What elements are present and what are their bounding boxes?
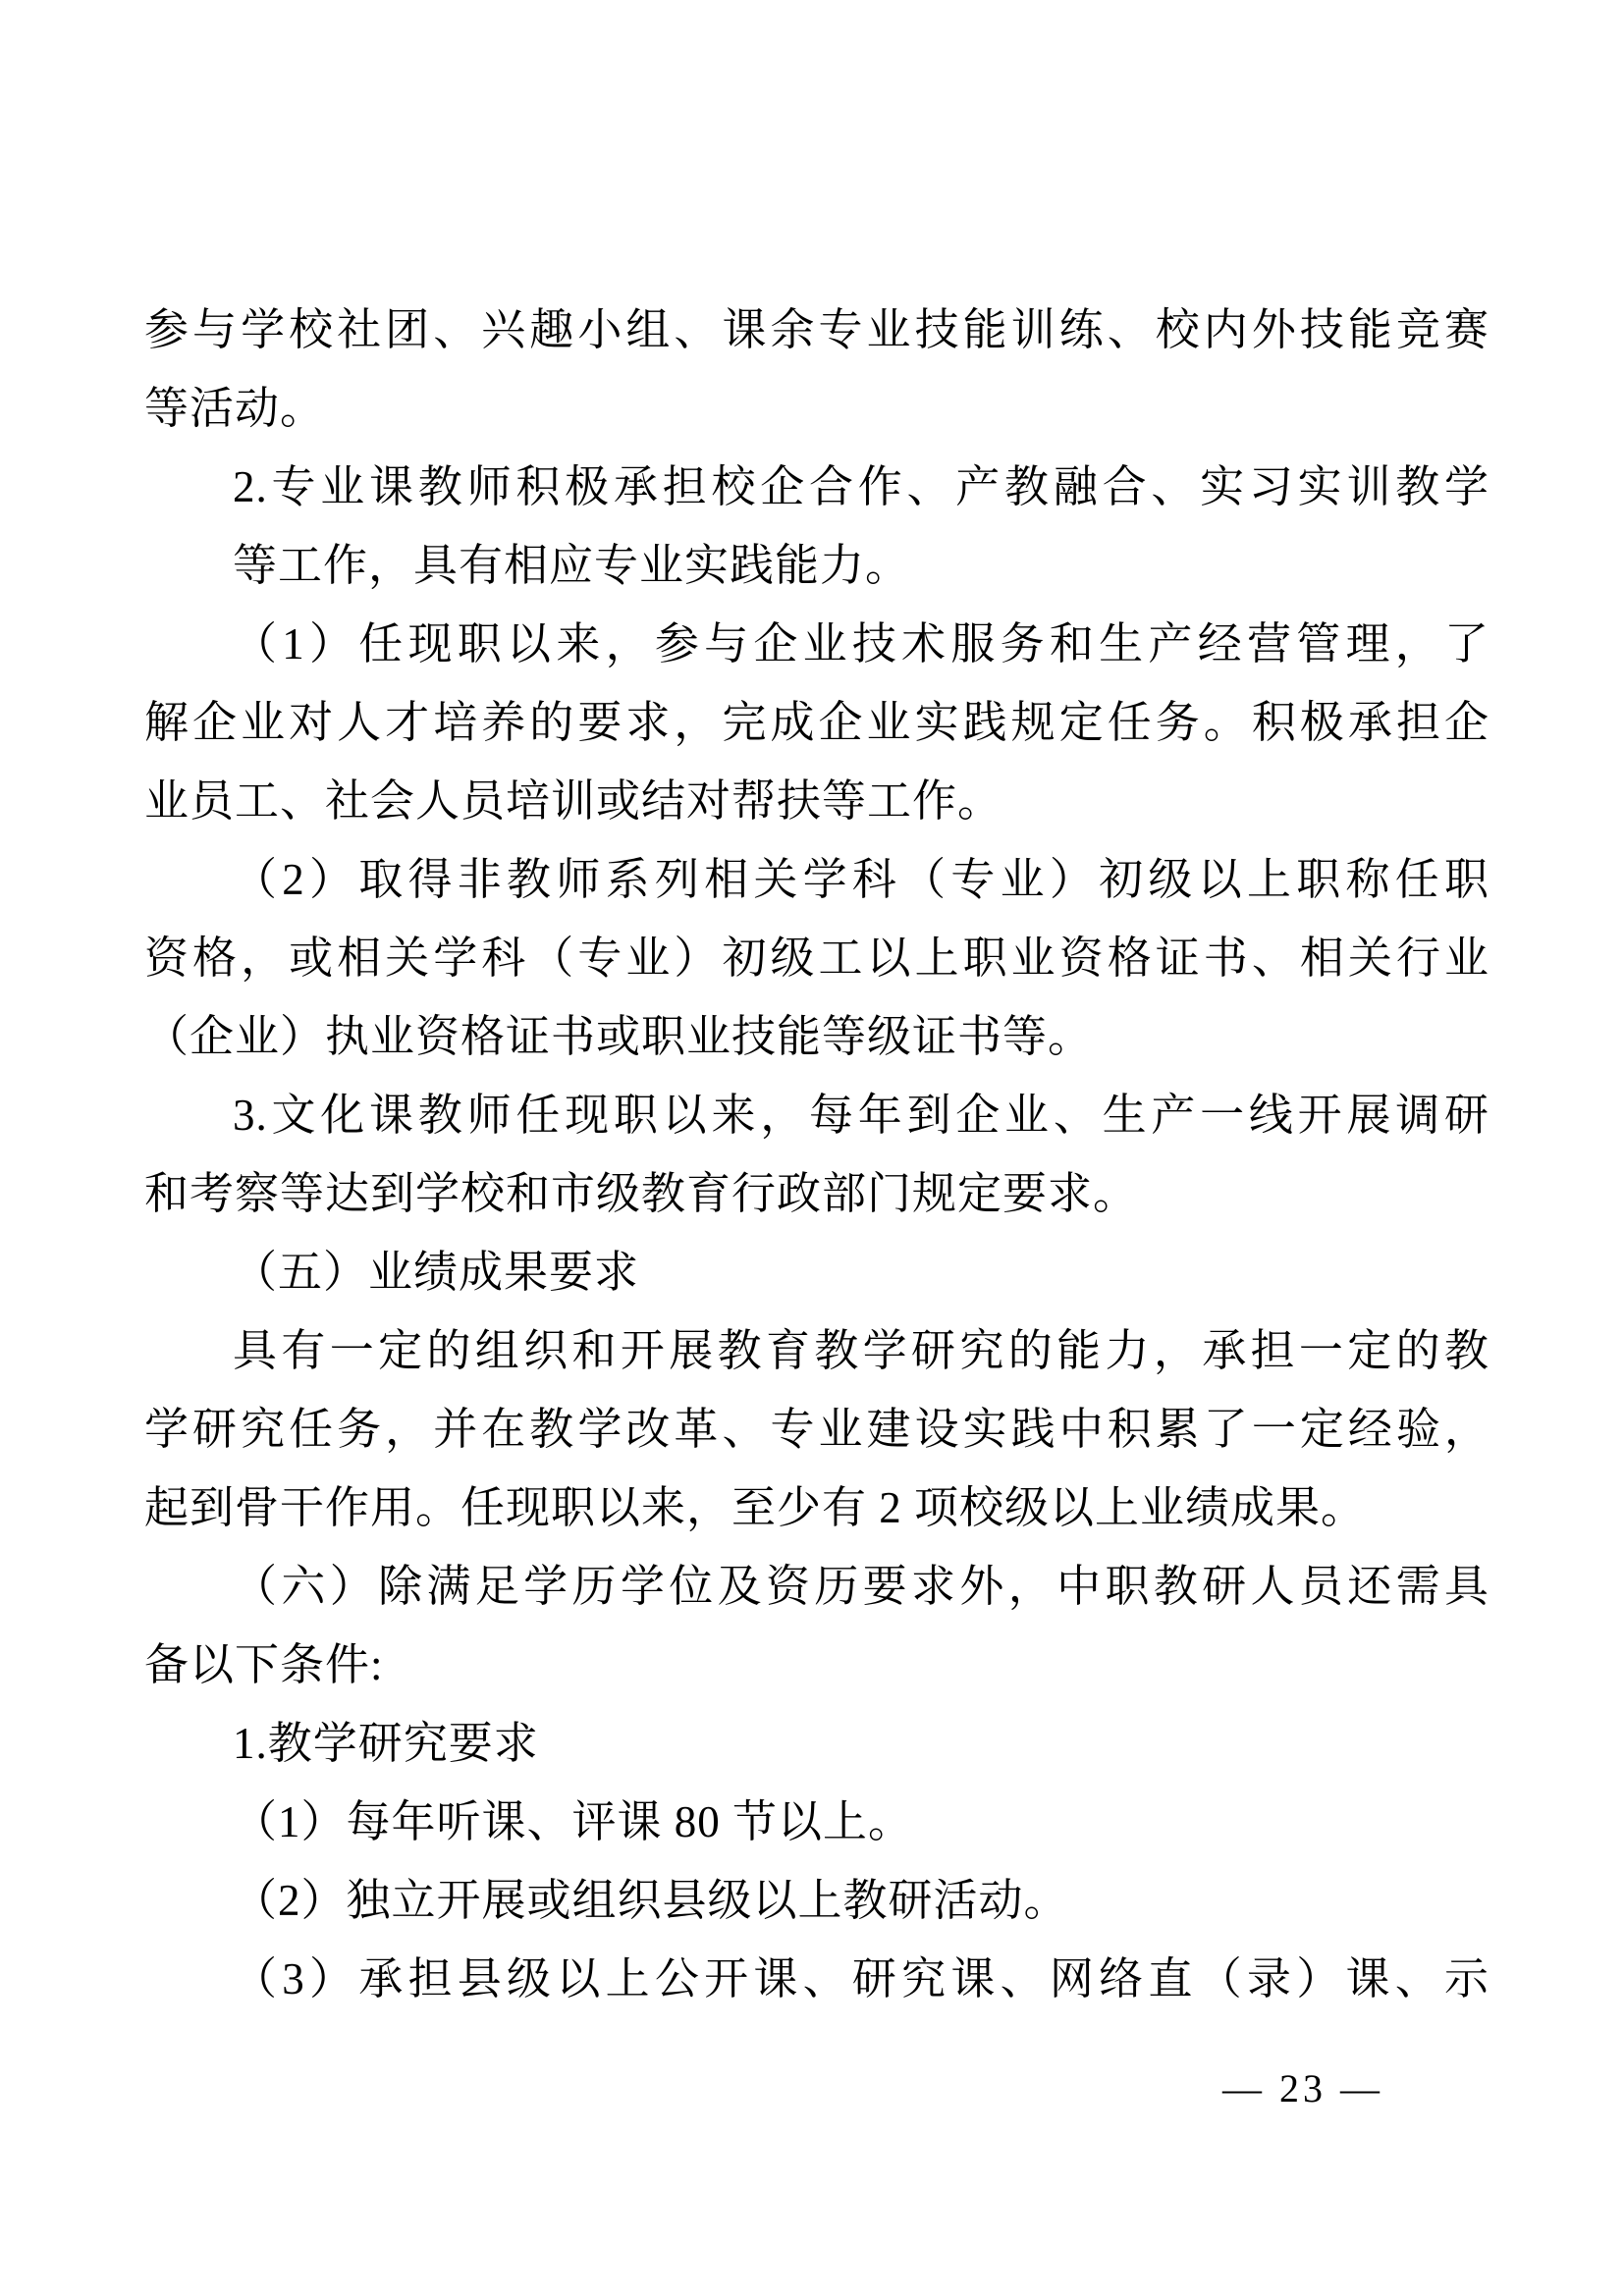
text-line: 学研究任务，并在教学改革、专业建设实践中积累了一定经验， [144,1390,1489,1468]
text-line: 等活动。 [144,369,1489,448]
page-number: — 23 — [1222,2066,1383,2110]
text-line: 2.专业课教师积极承担校企合作、产教融合、实习实训教学 [144,448,1489,526]
document-body: 参与学校社团、兴趣小组、课余专业技能训练、校内外技能竞赛 等活动。 2.专业课教… [144,291,1489,2018]
text-line: （1）任现职以来，参与企业技术服务和生产经营管理，了 [144,605,1489,683]
text-line: （企业）执业资格证书或职业技能等级证书等。 [144,997,1489,1076]
text-line: 等工作，具有相应专业实践能力。 [144,526,1489,605]
text-line: 和考察等达到学校和市级教育行政部门规定要求。 [144,1154,1489,1233]
text-line: 参与学校社团、兴趣小组、课余专业技能训练、校内外技能竞赛 [144,291,1489,369]
text-line: （六）除满足学历学位及资历要求外，中职教研人员还需具 [144,1547,1489,1626]
page-footer: — 23 — [1222,2061,1383,2116]
text-line: （1）每年听课、评课 80 节以上。 [144,1783,1489,1861]
text-line: （2）取得非教师系列相关学科（专业）初级以上职称任职 [144,840,1489,919]
text-line: 资格，或相关学科（专业）初级工以上职业资格证书、相关行业 [144,919,1489,997]
text-line: （2）独立开展或组织县级以上教研活动。 [144,1861,1489,1940]
text-line: 具有一定的组织和开展教育教学研究的能力，承担一定的教 [144,1311,1489,1390]
text-line: 解企业对人才培养的要求，完成企业实践规定任务。积极承担企 [144,683,1489,762]
text-line: 起到骨干作用。任现职以来，至少有 2 项校级以上业绩成果。 [144,1468,1489,1547]
text-line: （3）承担县级以上公开课、研究课、网络直（录）课、示 [144,1940,1489,2018]
text-line: 业员工、社会人员培训或结对帮扶等工作。 [144,762,1489,840]
document-page: 参与学校社团、兴趣小组、课余专业技能训练、校内外技能竞赛 等活动。 2.专业课教… [0,0,1624,2296]
text-line: 3.文化课教师任现职以来，每年到企业、生产一线开展调研 [144,1076,1489,1154]
text-line: 1.教学研究要求 [144,1704,1489,1783]
section-heading-line: （五）业绩成果要求 [144,1233,1489,1311]
text-line: 备以下条件: [144,1626,1489,1704]
